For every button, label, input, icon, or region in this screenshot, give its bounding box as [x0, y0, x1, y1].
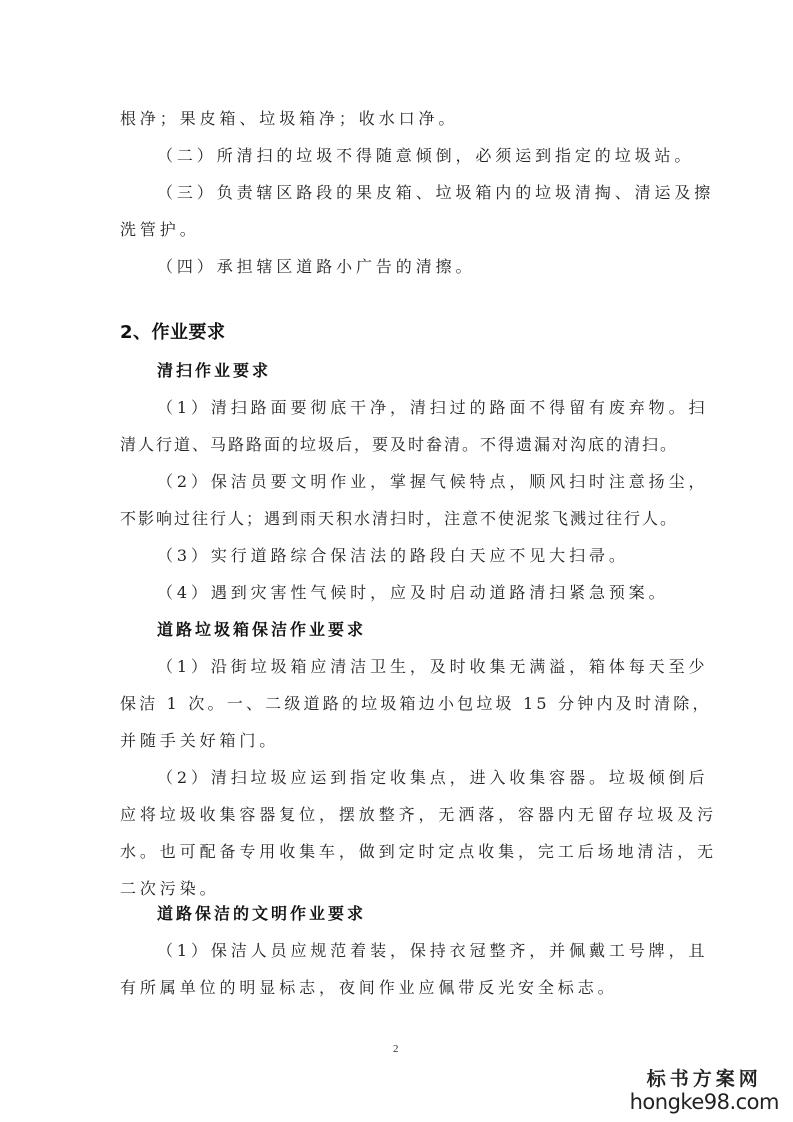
body-line: 根净；果皮箱、垃圾箱净；收水口净。 — [120, 109, 458, 129]
page-number: 2 — [393, 1043, 399, 1055]
paragraph-line: 水。也可配备专用收集车，做到定时定点收集，完工后场地清洁，无 — [120, 842, 717, 862]
body-line: 洗管护。 — [120, 220, 200, 240]
subsection-title: 道路保洁的文明作业要求 — [157, 904, 366, 924]
body-line: （四）承担辖区道路小广告的清擦。 — [157, 257, 475, 277]
paragraph-line: （1）沿街垃圾箱应清洁卫生，及时收集无满溢，箱体每天至少 — [157, 657, 708, 677]
paragraph-line: 不影响过往行人；遇到雨天积水清扫时，注意不使泥浆飞溅过往行人。 — [120, 509, 676, 529]
watermark-chinese: 标书方案网 — [630, 1068, 779, 1090]
body-line: （二）所清扫的垃圾不得随意倾倒，必须运到指定的垃圾站。 — [157, 146, 694, 166]
paragraph-line: 有所属单位的明显标志，夜间作业应佩带反光安全标志。 — [120, 978, 618, 998]
watermark: 标书方案网 hongke98.com — [630, 1068, 779, 1114]
watermark-domain: hongke98.com — [630, 1090, 779, 1114]
paragraph-line: 并随手关好箱门。 — [120, 731, 279, 751]
paragraph-line: 清人行道、马路路面的垃圾后，要及时畚清。不得遗漏对沟底的清扫。 — [120, 435, 676, 455]
paragraph-line: 二次污染。 — [120, 879, 220, 899]
paragraph-line: 保洁 1 次。一、二级道路的垃圾箱边小包垃圾 15 分钟内及时清除， — [120, 694, 712, 714]
paragraph-line: 应将垃圾收集容器复位，摆放整齐，无洒落，容器内无留存垃圾及污 — [120, 805, 717, 825]
paragraph-line: （4）遇到灾害性气候时，应及时启动道路清扫紧急预案。 — [157, 583, 669, 603]
body-line: （三）负责辖区路段的果皮箱、垃圾箱内的垃圾清掏、清运及擦 — [157, 183, 714, 203]
paragraph-line: （3）实行道路综合保洁法的路段白天应不见大扫帚。 — [157, 546, 629, 566]
paragraph-line: （2）清扫垃圾应运到指定收集点，进入收集容器。垃圾倾倒后 — [157, 768, 708, 788]
subsection-title: 清扫作业要求 — [157, 361, 271, 381]
section-heading: 2、作业要求 — [120, 323, 226, 343]
subsection-title: 道路垃圾箱保洁作业要求 — [157, 620, 366, 640]
paragraph-line: （1）清扫路面要彻底干净，清扫过的路面不得留有废弃物。扫 — [157, 398, 708, 418]
paragraph-line: （2）保洁员要文明作业，掌握气候特点，顺风扫时注意扬尘， — [157, 472, 708, 492]
paragraph-line: （1）保洁人员应规范着装，保持衣冠整齐，并佩戴工号牌，且 — [157, 941, 708, 961]
